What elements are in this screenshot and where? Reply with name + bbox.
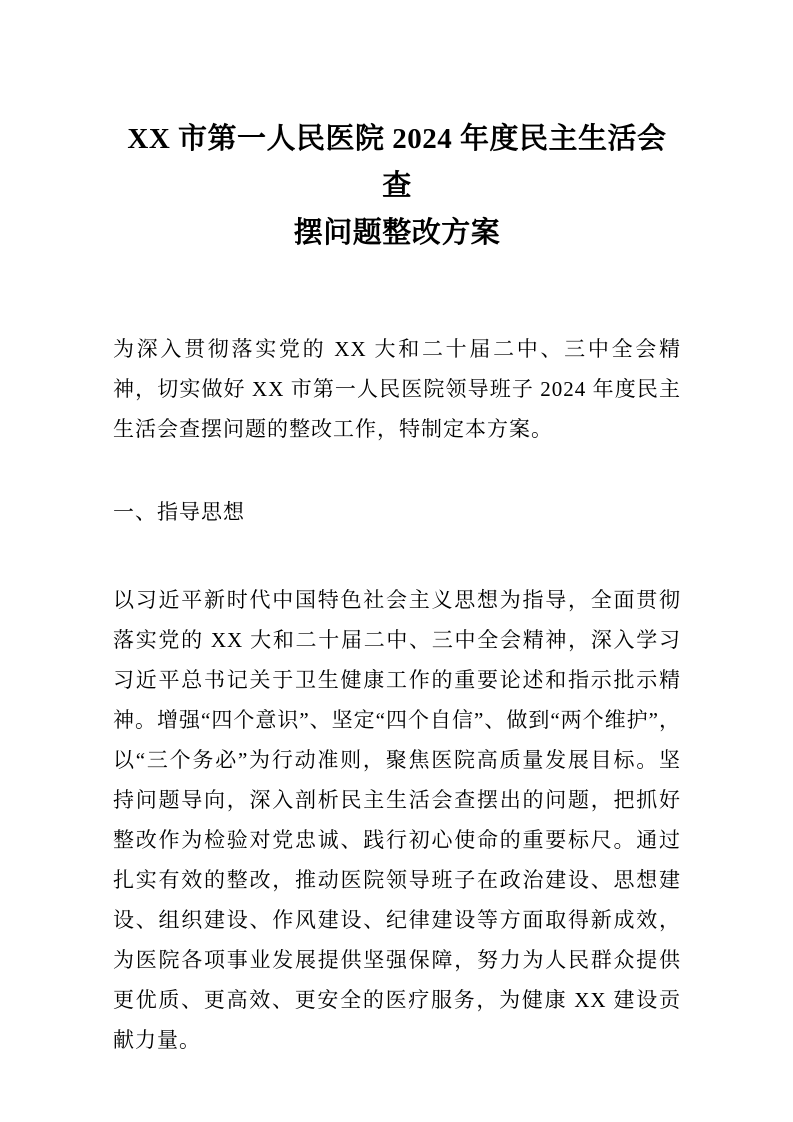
section-heading-guiding-ideology: 一、指导思想	[113, 492, 681, 532]
document-content: XX 市第一人民医院 2024 年度民主生活会查 摆问题整改方案 为深入贯彻落实…	[0, 116, 793, 1060]
paragraph-guiding-ideology-body: 以习近平新时代中国特色社会主义思想为指导，全面贯彻落实党的 XX 大和二十届二中…	[113, 580, 681, 1060]
document-title: XX 市第一人民医院 2024 年度民主生活会查 摆问题整改方案	[113, 116, 681, 257]
document-page: XX 市第一人民医院 2024 年度民主生活会查 摆问题整改方案 为深入贯彻落实…	[0, 0, 793, 1122]
document-title-line-1: XX 市第一人民医院 2024 年度民主生活会查	[113, 116, 681, 210]
document-title-line-2: 摆问题整改方案	[113, 210, 681, 257]
paragraph-intro: 为深入贯彻落实党的 XX 大和二十届二中、三中全会精神，切实做好 XX 市第一人…	[113, 329, 681, 449]
